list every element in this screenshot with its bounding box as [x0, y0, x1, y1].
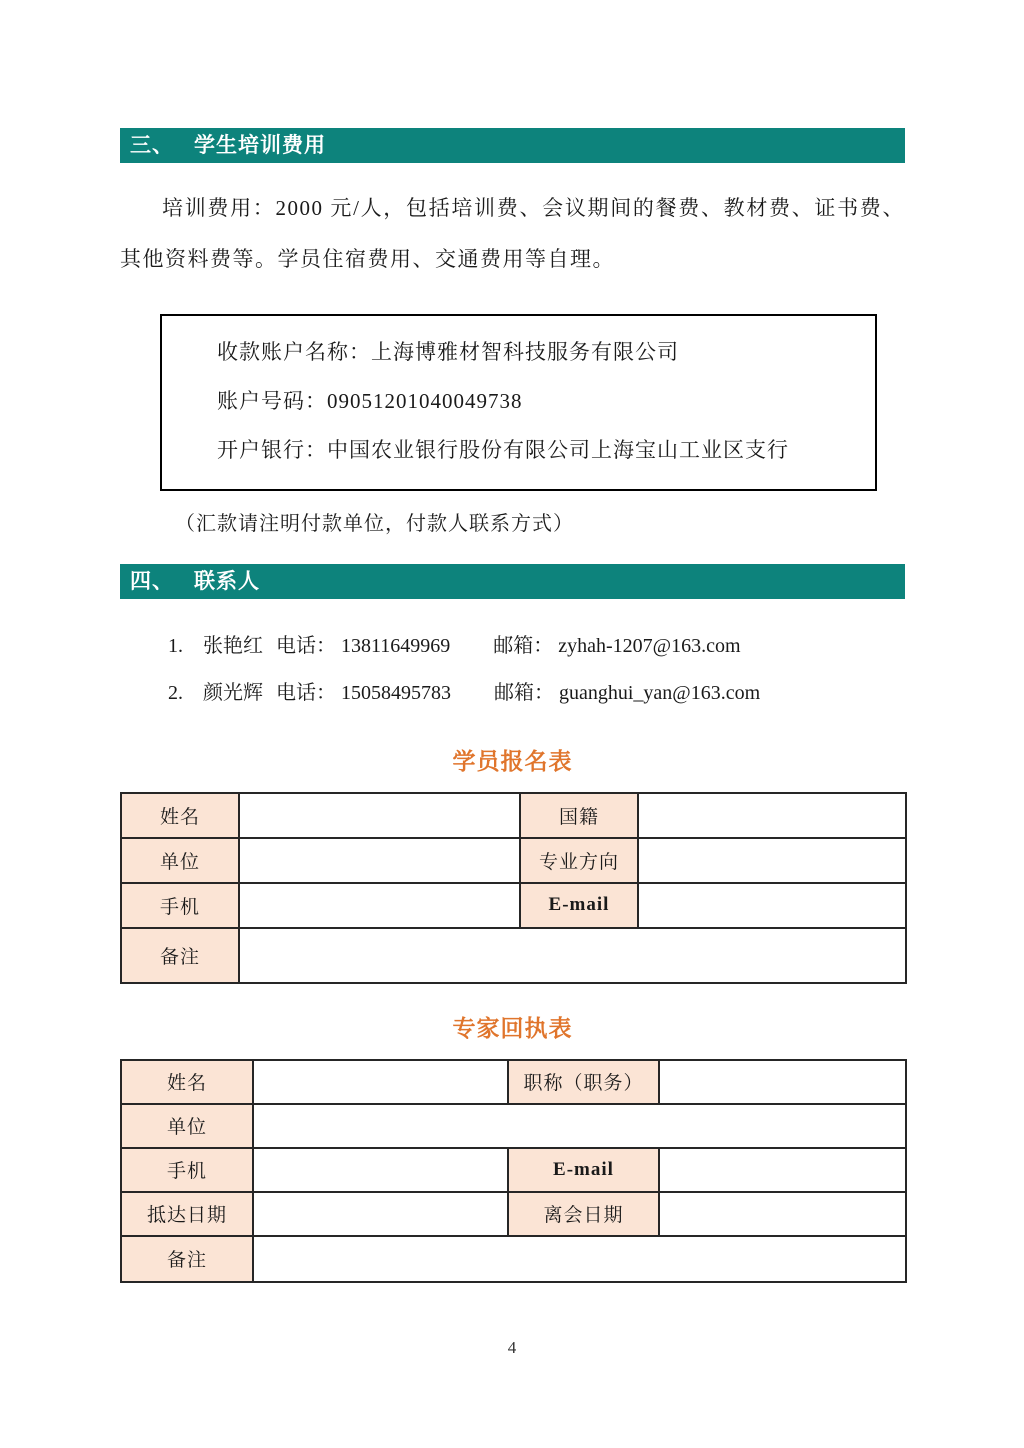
section4-header-bar: 四、联系人 [120, 564, 905, 599]
contact-row-1: 1. 张艳红 电话： 13811649969 邮箱： zyhah-1207@16… [120, 623, 905, 670]
form-cell-empty [659, 1060, 906, 1104]
form-cell-empty [253, 1236, 906, 1282]
form-cell-empty [659, 1192, 906, 1236]
contact-list: 1. 张艳红 电话： 13811649969 邮箱： zyhah-1207@16… [120, 623, 905, 717]
contact-1-phone: 13811649969 [341, 635, 450, 657]
table-row: 单位 专业方向 [121, 838, 906, 883]
expert-form-label-remarks: 备注 [121, 1236, 253, 1282]
form-cell-empty [659, 1148, 906, 1192]
form-cell-empty [638, 838, 906, 883]
student-registration-table: 姓名 国籍 单位 专业方向 手机 E-mail 备注 [120, 792, 907, 984]
document-page: 三、学生培训费用 培训费用：2000 元/人，包括培训费、会议期间的餐费、教材费… [0, 0, 1024, 1448]
student-form-label-name: 姓名 [121, 793, 239, 838]
section3-title: 学生培训费用 [194, 134, 326, 157]
student-form-label-email: E-mail [520, 883, 638, 928]
contact-2-email-label: 邮箱： [494, 682, 554, 704]
student-form-label-major: 专业方向 [520, 838, 638, 883]
expert-form-label-arrival-date: 抵达日期 [121, 1192, 253, 1236]
contact-2-email: guanghui_yan@163.com [559, 682, 760, 704]
student-form-label-unit: 单位 [121, 838, 239, 883]
bank-account-box: 收款账户名称：上海博雅材智科技服务有限公司 账户号码：0905120104004… [160, 314, 877, 491]
section3-header-bar: 三、学生培训费用 [120, 128, 905, 163]
contact-1-email-label: 邮箱： [493, 635, 553, 657]
form-cell-empty [638, 883, 906, 928]
student-form-label-mobile: 手机 [121, 883, 239, 928]
contact-1-name: 张艳红 [203, 635, 263, 657]
table-row: 手机 E-mail [121, 1148, 906, 1192]
expert-form-label-position: 职称（职务） [508, 1060, 659, 1104]
expert-form-label-departure-date: 离会日期 [508, 1192, 659, 1236]
table-row: 备注 [121, 928, 906, 983]
bank-account-number-line: 账户号码：09051201040049738 [217, 377, 865, 426]
contact-2-phone-label: 电话： [276, 682, 336, 704]
page-content: 三、学生培训费用 培训费用：2000 元/人，包括培训费、会议期间的餐费、教材费… [120, 0, 905, 1283]
form-cell-empty [638, 793, 906, 838]
contact-row-2: 2. 颜光辉 电话： 15058495783 邮箱： guanghui_yan@… [120, 670, 905, 717]
table-row: 备注 [121, 1236, 906, 1282]
form-cell-empty [239, 793, 520, 838]
table-row: 单位 [121, 1104, 906, 1148]
expert-form-label-name: 姓名 [121, 1060, 253, 1104]
expert-form-label-mobile: 手机 [121, 1148, 253, 1192]
remittance-note: （汇款请注明付款单位，付款人联系方式） [120, 507, 905, 536]
form-cell-empty [253, 1192, 508, 1236]
table-row: 抵达日期 离会日期 [121, 1192, 906, 1236]
form-cell-empty [239, 928, 906, 983]
student-form-label-remarks: 备注 [121, 928, 239, 983]
bank-account-name-line: 收款账户名称：上海博雅材智科技服务有限公司 [217, 328, 865, 377]
table-row: 手机 E-mail [121, 883, 906, 928]
student-form-title: 学员报名表 [120, 743, 905, 776]
contact-2-name: 颜光辉 [203, 682, 263, 704]
expert-form-label-email: E-mail [508, 1148, 659, 1192]
training-fee-paragraph: 培训费用：2000 元/人，包括培训费、会议期间的餐费、教材费、证书费、其他资料… [120, 183, 905, 286]
table-row: 姓名 职称（职务） [121, 1060, 906, 1104]
form-cell-empty [253, 1104, 906, 1148]
expert-form-title: 专家回执表 [120, 1010, 905, 1043]
page-number: 4 [0, 1338, 1024, 1358]
table-row: 姓名 国籍 [121, 793, 906, 838]
form-cell-empty [239, 883, 520, 928]
contact-1-index: 1. [168, 623, 198, 670]
section3-number: 三、 [130, 128, 194, 163]
bank-branch-line: 开户银行：中国农业银行股份有限公司上海宝山工业区支行 [217, 426, 865, 475]
contact-1-phone-label: 电话： [276, 635, 336, 657]
student-form-label-nationality: 国籍 [520, 793, 638, 838]
section4-title: 联系人 [194, 570, 260, 593]
expert-reply-table: 姓名 职称（职务） 单位 手机 E-mail 抵达日期 离会日期 [120, 1059, 907, 1283]
section4-number: 四、 [130, 564, 194, 599]
expert-form-label-unit: 单位 [121, 1104, 253, 1148]
contact-2-phone: 15058495783 [341, 682, 451, 704]
contact-2-index: 2. [168, 670, 198, 717]
form-cell-empty [239, 838, 520, 883]
contact-1-email: zyhah-1207@163.com [558, 635, 740, 657]
form-cell-empty [253, 1060, 508, 1104]
form-cell-empty [253, 1148, 508, 1192]
